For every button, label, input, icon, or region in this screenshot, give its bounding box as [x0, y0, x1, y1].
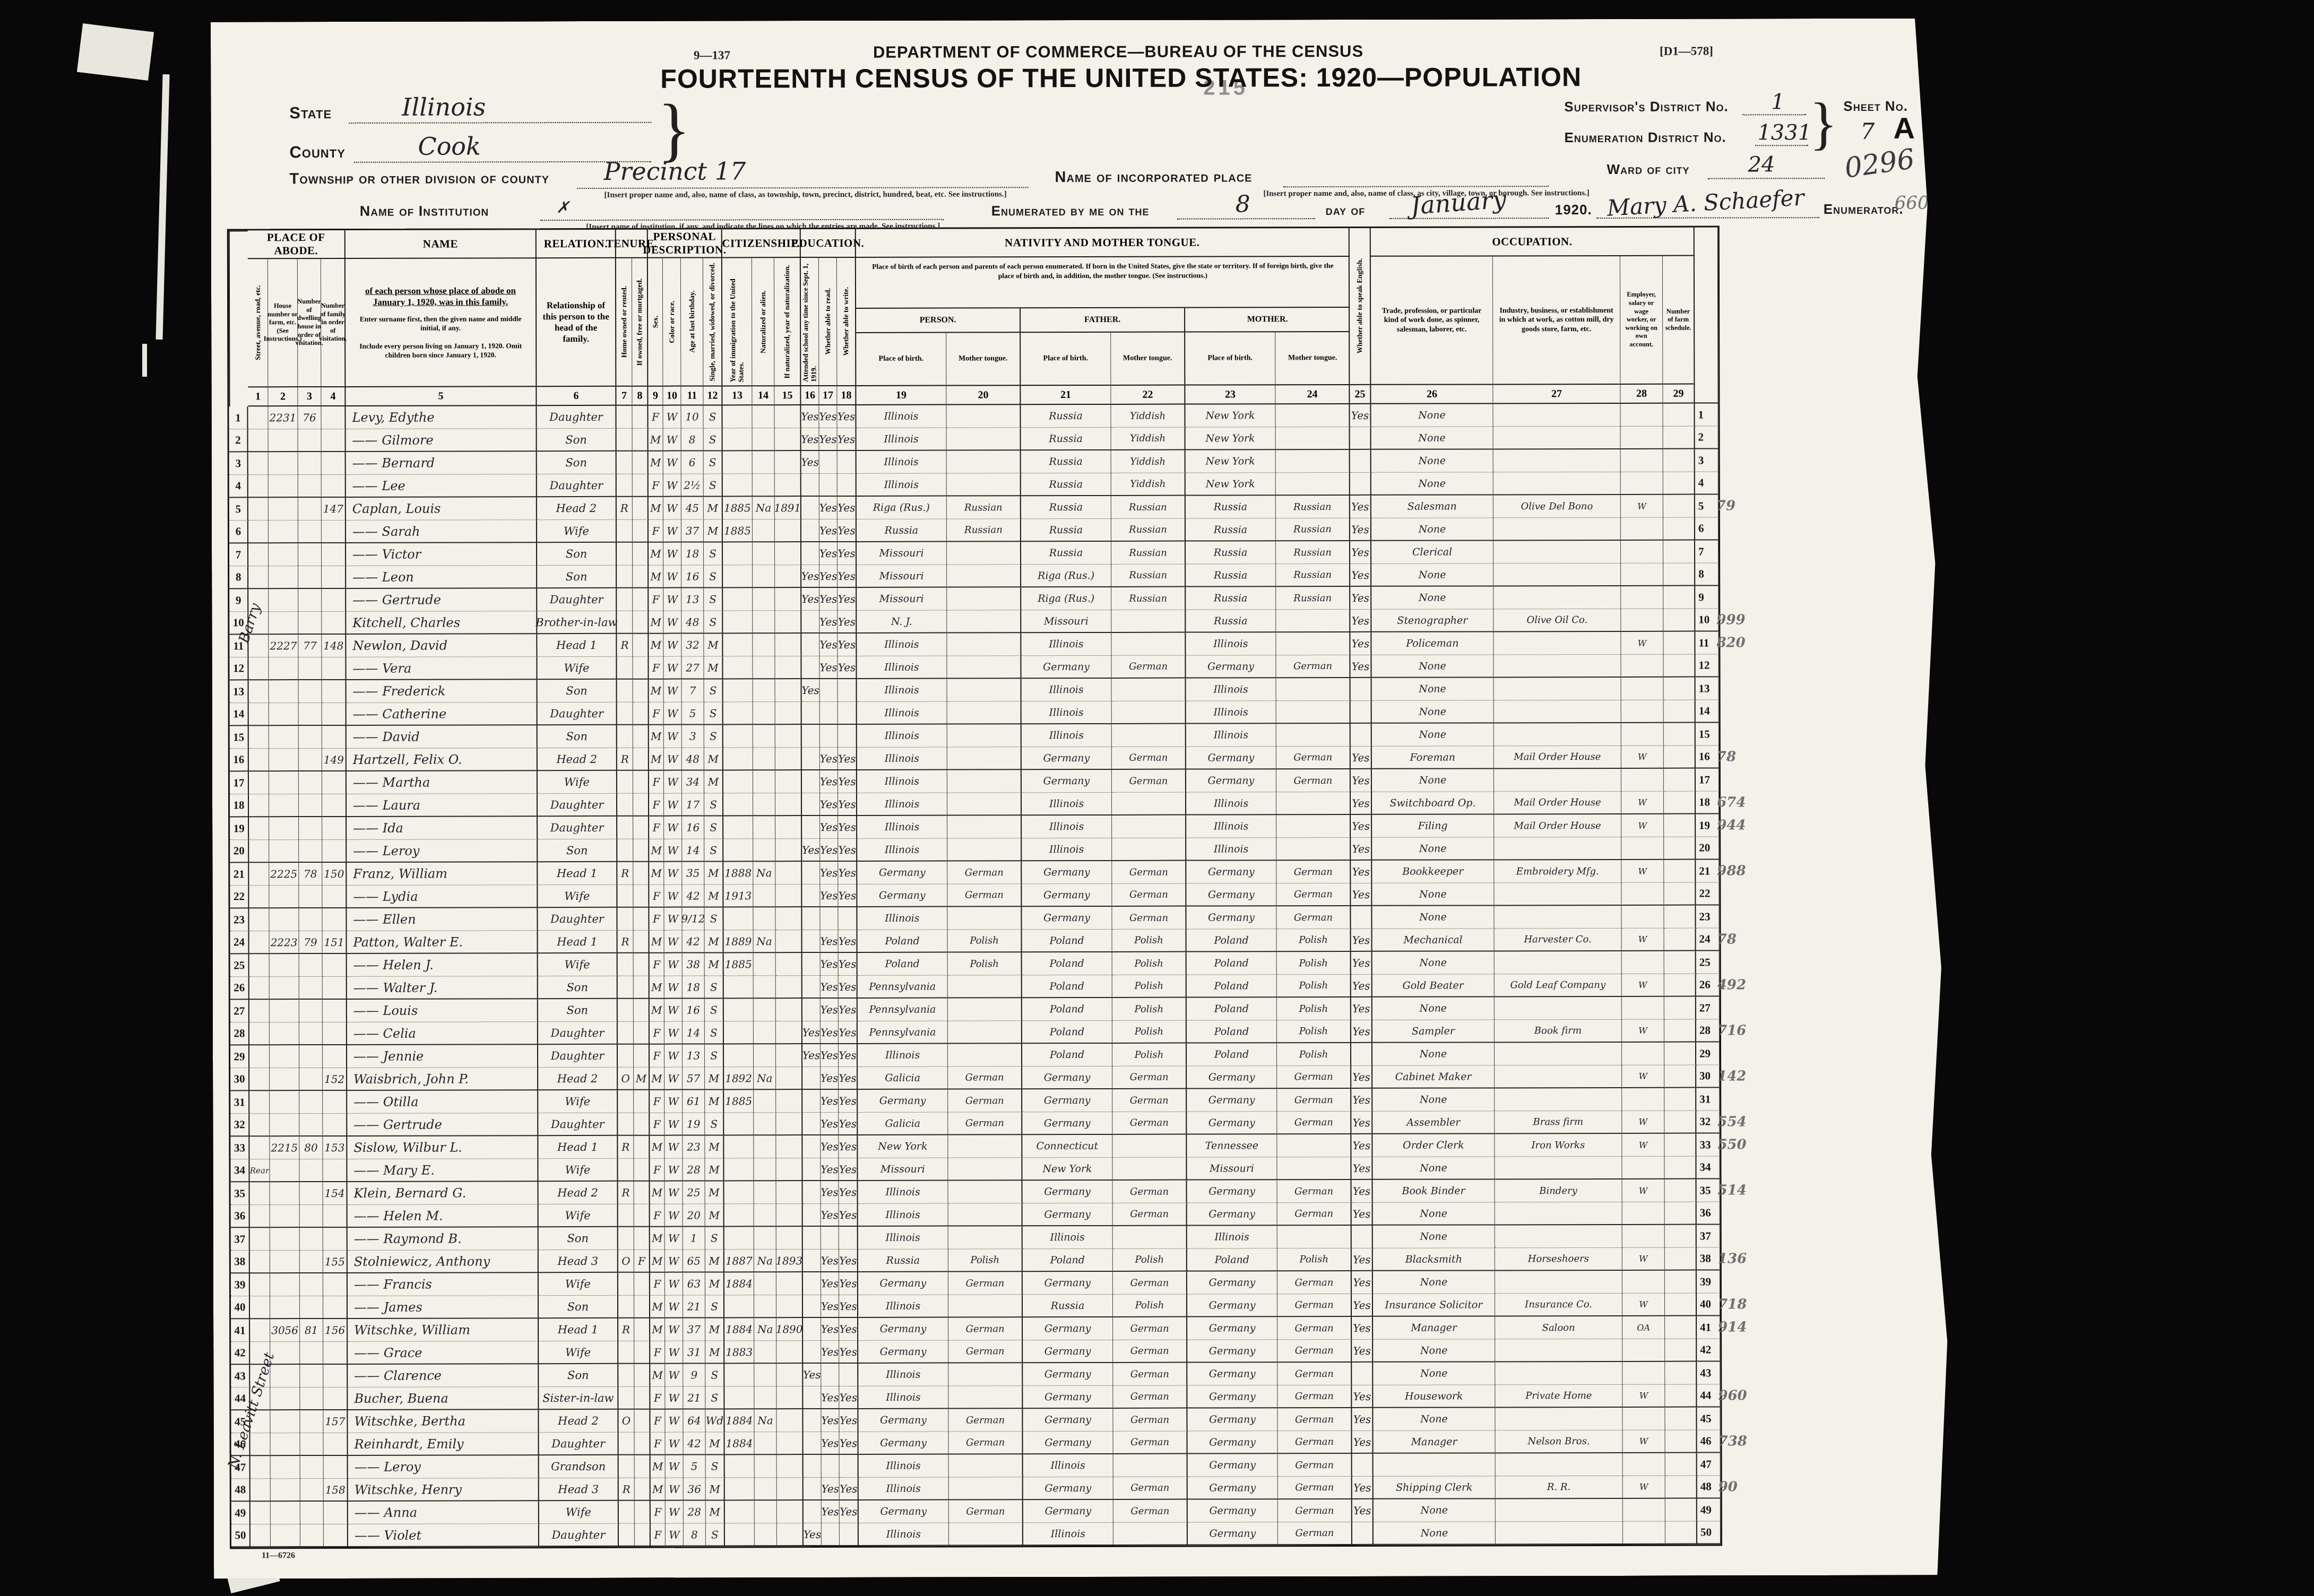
group-name: Name: [346, 230, 537, 259]
cell-house: [270, 1387, 300, 1410]
cell-mother_pob: Russia: [1186, 541, 1276, 564]
cell-naturalized: [753, 474, 775, 497]
cell-marital: M: [704, 497, 723, 519]
cell-occupation: None: [1372, 700, 1494, 723]
line-number: 15: [230, 726, 249, 749]
cell-home_owned: [618, 1045, 634, 1068]
cell-read: Yes: [822, 1500, 840, 1523]
cell-marital: M: [704, 862, 723, 884]
cell-mother_pob: Germany: [1187, 1089, 1277, 1112]
cell-immigration_year: [723, 770, 753, 793]
cell-marital: S: [704, 474, 723, 497]
cell-father_mt: [1112, 838, 1186, 861]
cell-house: [269, 657, 298, 680]
cell-mother_mt: [1276, 815, 1351, 838]
cell-write: Yes: [839, 1250, 858, 1272]
cell-free_mortgaged: [634, 931, 650, 953]
film-scrap: [156, 74, 169, 340]
cell-occupation: None: [1373, 1225, 1495, 1248]
cell-attended_school: Yes: [801, 428, 819, 451]
cell-free_mortgaged: [633, 429, 649, 452]
nativity-col-label: Mother tongue.: [1111, 333, 1185, 385]
cell-dwelling: [300, 1456, 324, 1479]
cell-industry: [1494, 678, 1621, 701]
cell-free_mortgaged: [634, 1296, 650, 1319]
cell-read: Yes: [820, 748, 838, 770]
cell-write: Yes: [839, 1318, 858, 1341]
cell-dwelling: 77: [298, 635, 322, 657]
line-number: 7: [1695, 541, 1719, 563]
cell-relation: Wife: [539, 1204, 618, 1227]
cell-industry: [1493, 632, 1621, 655]
cell-farm_schedule: [1663, 449, 1695, 472]
cell-mother_tongue: [947, 816, 1022, 838]
column-number: 21: [1021, 385, 1111, 405]
cell-dwelling: 81: [300, 1319, 323, 1342]
cell-father_mt: German: [1113, 1500, 1188, 1523]
cell-english: Yes: [1351, 815, 1372, 838]
cell-home_owned: [617, 908, 633, 931]
cell-sex: M: [650, 1250, 665, 1273]
cell-home_owned: [617, 588, 633, 611]
cell-free_mortgaged: [634, 953, 650, 976]
cell-dwelling: [299, 1068, 323, 1091]
cell-worker_class: W: [1622, 1179, 1665, 1202]
column-number: 15: [774, 385, 801, 405]
cell-family: [322, 543, 346, 566]
cell-read: [820, 679, 838, 702]
cell-read: Yes: [821, 1158, 839, 1181]
cell-pob: Germany: [857, 884, 947, 907]
cell-house: [269, 817, 299, 840]
line-number: 49: [231, 1502, 251, 1524]
cell-name: Patton, Walter E.: [347, 931, 538, 954]
cell-free_mortgaged: [633, 474, 649, 497]
cell-father_pob: Russia: [1021, 405, 1111, 428]
cell-pob: Illinois: [858, 1044, 948, 1067]
cell-occupation: None: [1372, 883, 1494, 906]
cell-industry: [1494, 769, 1621, 792]
cell-marital: S: [704, 907, 723, 930]
sheet-value: 7: [1860, 118, 1875, 144]
cell-mother_pob: Germany: [1186, 861, 1276, 883]
line-number: 22: [230, 886, 249, 908]
cell-attended_school: [803, 1409, 821, 1432]
cell-house: [271, 1456, 300, 1479]
cell-house: [271, 1479, 300, 1502]
cell-relation: Son: [538, 725, 617, 748]
cell-mother_tongue: [946, 405, 1021, 428]
cell-mother_mt: German: [1276, 769, 1351, 792]
cell-naturalization_year: [776, 1044, 802, 1067]
cell-attended_school: [802, 816, 820, 839]
cell-english: Yes: [1352, 1180, 1373, 1203]
nativity-sub-person: Person.: [856, 308, 1021, 333]
department-line: DEPARTMENT OF COMMERCE—BUREAU OF THE CEN…: [598, 41, 1638, 63]
cell-immigration_year: [723, 565, 753, 588]
cell-street: [248, 543, 269, 566]
cell-farm_schedule: [1663, 541, 1695, 563]
cell-mother_mt: German: [1277, 1294, 1352, 1317]
cell-attended_school: [802, 953, 821, 976]
cell-family: [322, 703, 347, 726]
cell-house: [270, 1251, 300, 1273]
cell-naturalized: [755, 1455, 777, 1478]
cell-industry: [1495, 1271, 1622, 1294]
cell-naturalization_year: [775, 793, 802, 816]
cell-pob: Galicia: [858, 1113, 948, 1135]
cell-attended_school: [803, 1204, 821, 1227]
line-number: 33550: [1696, 1133, 1720, 1156]
cell-free_mortgaged: [633, 794, 649, 817]
cell-worker_class: [1621, 449, 1663, 472]
cell-relation: Wife: [539, 1501, 619, 1524]
cell-father_pob: Germany: [1023, 1477, 1113, 1500]
cell-naturalization_year: [776, 953, 802, 976]
cell-father_mt: Russian: [1111, 519, 1186, 542]
cell-immigration_year: [723, 793, 753, 816]
cell-farm_schedule: [1663, 632, 1695, 655]
cell-naturalization_year: [776, 1090, 802, 1113]
cell-mother_mt: German: [1277, 1408, 1352, 1431]
cell-father_pob: Illinois: [1023, 1454, 1113, 1477]
cell-home_owned: [618, 976, 634, 999]
cell-marital: M: [706, 1432, 725, 1455]
cell-free_mortgaged: [634, 1182, 650, 1204]
cell-age: 16: [682, 817, 704, 839]
cell-sex: F: [650, 1273, 665, 1296]
cell-house: [271, 1524, 300, 1547]
cell-dwelling: 78: [299, 863, 322, 886]
cell-age: 13: [681, 588, 704, 611]
line-number-header: [229, 230, 248, 406]
cell-house: [270, 1045, 299, 1068]
cell-mother_mt: [1276, 473, 1350, 496]
cell-race: W: [664, 908, 682, 931]
cell-family: [323, 1159, 347, 1182]
cell-free_mortgaged: [633, 611, 649, 634]
cell-name: Waisbrich, John P.: [347, 1068, 538, 1091]
cell-race: W: [664, 953, 683, 976]
cell-read: Yes: [820, 884, 838, 907]
cell-sex: F: [650, 1045, 664, 1068]
cell-pob: Illinois: [857, 656, 947, 679]
cell-worker_class: [1621, 609, 1663, 632]
cell-marital: S: [706, 1523, 725, 1546]
cell-marital: S: [704, 793, 723, 816]
cell-race: W: [664, 748, 682, 771]
cell-sex: F: [651, 1524, 666, 1547]
cell-dwelling: [300, 1251, 323, 1273]
cell-marital: S: [704, 725, 723, 748]
cell-marital: S: [706, 1455, 725, 1478]
cell-race: W: [665, 1364, 683, 1387]
cell-pob: Illinois: [858, 1181, 948, 1204]
cell-read: [821, 1364, 839, 1386]
cell-father_pob: Illinois: [1022, 793, 1112, 816]
cell-marital: S: [705, 1386, 724, 1409]
cell-dwelling: 76: [298, 406, 321, 429]
cell-read: Yes: [819, 634, 837, 656]
column-number: 16: [801, 385, 819, 405]
column-number: 24: [1275, 384, 1350, 404]
cell-dwelling: [299, 817, 322, 840]
cell-naturalized: [755, 1500, 777, 1523]
cell-write: Yes: [837, 405, 856, 428]
cell-age: 10: [681, 406, 703, 429]
cell-naturalization_year: [775, 474, 801, 497]
cell-naturalized: [754, 953, 776, 976]
cell-occupation: None: [1374, 1522, 1496, 1545]
cell-street: [248, 498, 269, 521]
group-education: Education.: [801, 229, 856, 258]
cell-relation: Grandson: [539, 1455, 619, 1478]
cell-farm_schedule: [1665, 1408, 1697, 1430]
cell-name: —— James: [348, 1296, 539, 1319]
cell-worker_class: [1622, 997, 1664, 1020]
line-number: 8: [1695, 563, 1719, 586]
cell-relation: Son: [538, 999, 618, 1022]
cell-mother_tongue: [947, 633, 1021, 656]
line-number: 10999: [1695, 609, 1719, 632]
cell-naturalization_year: [776, 930, 802, 953]
cell-father_pob: Russia: [1021, 542, 1111, 565]
cell-sex: F: [650, 1341, 665, 1364]
cell-attended_school: Yes: [801, 565, 819, 588]
cell-industry: Embroidery Mfg.: [1494, 860, 1621, 883]
cell-english: Yes: [1351, 1157, 1372, 1180]
cell-family: [323, 1296, 348, 1319]
line-number: 2: [229, 429, 248, 452]
cell-naturalized: [754, 1386, 776, 1409]
cell-immigration_year: [725, 1500, 755, 1523]
cell-read: Yes: [820, 793, 838, 816]
cell-dwelling: [300, 1387, 323, 1410]
cell-mother_mt: German: [1278, 1522, 1352, 1545]
cell-race: W: [663, 634, 681, 657]
cell-name: —— Lee: [346, 474, 537, 498]
cell-pob: Illinois: [857, 679, 947, 702]
column-number: 10: [663, 386, 681, 406]
cell-relation: Head 2: [538, 748, 617, 771]
cell-home_owned: R: [619, 1478, 635, 1501]
cell-mother_mt: [1276, 792, 1351, 815]
cell-farm_schedule: [1664, 929, 1696, 951]
enumerated-month: January: [1410, 185, 1507, 220]
cell-sex: M: [649, 862, 664, 885]
census-table: Place of Abode.NameRelation.Tenure.Perso…: [227, 225, 1722, 1549]
cell-dwelling: [299, 1159, 323, 1182]
cell-street: [248, 475, 269, 498]
cell-home_owned: [617, 474, 633, 497]
cell-race: W: [666, 1524, 684, 1547]
cell-father_mt: Polish: [1112, 1021, 1187, 1044]
cell-race: W: [664, 1113, 683, 1136]
cell-farm_schedule: [1664, 951, 1696, 974]
cell-mother_mt: [1276, 632, 1350, 655]
line-number: 6: [1695, 518, 1719, 541]
line-number: 19944: [1696, 814, 1719, 837]
line-number: 25: [1696, 951, 1720, 974]
cell-read: Yes: [821, 999, 839, 1021]
cell-occupation: Clerical: [1371, 541, 1493, 563]
cell-father_mt: Russian: [1111, 587, 1186, 610]
cell-mother_pob: Germany: [1188, 1522, 1278, 1545]
cell-worker_class: W: [1622, 929, 1664, 951]
cell-immigration_year: 1889: [724, 930, 754, 953]
cell-mother_mt: German: [1276, 655, 1350, 678]
cell-marital: S: [704, 702, 723, 725]
cell-worker_class: [1621, 700, 1664, 723]
cell-attended_school: Yes: [801, 405, 819, 428]
cell-immigration_year: 1884: [724, 1272, 754, 1295]
cell-street: [250, 1182, 270, 1205]
cell-mother_pob: Poland: [1187, 1020, 1277, 1043]
cell-relation: Wife: [537, 520, 617, 543]
cell-father_pob: Germany: [1023, 1317, 1113, 1340]
cell-write: Yes: [839, 953, 858, 976]
cell-farm_schedule: [1664, 1043, 1696, 1065]
cell-dwelling: [299, 680, 322, 703]
cell-pob: N. J.: [857, 611, 947, 634]
cell-mother_mt: [1275, 404, 1350, 427]
cell-sex: F: [649, 771, 664, 794]
cell-attended_school: [802, 999, 821, 1021]
cell-name: —— Victor: [346, 543, 537, 566]
cell-industry: Mail Order House: [1494, 746, 1621, 769]
cell-industry: Olive Oil Co.: [1493, 609, 1621, 632]
cell-free_mortgaged: [633, 680, 649, 702]
cell-mother_pob: Illinois: [1187, 1226, 1277, 1248]
cell-relation: Daughter: [539, 1433, 619, 1455]
column-number: 4: [321, 386, 346, 406]
cell-naturalized: Na: [754, 1318, 776, 1341]
cell-english: Yes: [1350, 632, 1371, 655]
cell-street: [249, 703, 269, 726]
cell-marital: M: [704, 519, 723, 542]
cell-industry: [1493, 518, 1621, 541]
cell-mother_pob: Germany: [1187, 1203, 1277, 1226]
cell-naturalization_year: [774, 405, 801, 428]
line-number: 38136: [1697, 1247, 1720, 1270]
cell-mother_tongue: Polish: [948, 1249, 1023, 1272]
cell-industry: Mail Order House: [1494, 814, 1621, 838]
pencil-margin-number: 78: [1717, 749, 1736, 765]
cell-father_mt: [1112, 1158, 1187, 1181]
cell-naturalization_year: [775, 565, 801, 588]
cell-name: —— Louis: [347, 999, 538, 1022]
cell-street: [249, 794, 269, 817]
cell-free_mortgaged: [633, 839, 649, 862]
cell-father_mt: German: [1113, 1203, 1187, 1226]
cell-marital: M: [705, 1272, 724, 1295]
cell-naturalization_year: [776, 1067, 802, 1090]
cell-worker_class: W: [1621, 860, 1664, 883]
cell-house: [269, 429, 298, 452]
pencil-margin-number: 738: [1719, 1433, 1747, 1449]
cell-free_mortgaged: [633, 908, 649, 931]
cell-race: W: [664, 931, 683, 953]
cell-marital: S: [704, 451, 723, 474]
cell-farm_schedule: [1664, 974, 1696, 997]
cell-mother_tongue: Russian: [947, 519, 1021, 542]
cell-worker_class: [1621, 678, 1664, 700]
cell-age: 18: [683, 976, 705, 999]
cell-immigration_year: 1892: [724, 1067, 754, 1090]
cell-home_owned: R: [617, 497, 633, 520]
cell-write: Yes: [839, 930, 858, 953]
cell-race: W: [663, 611, 681, 634]
cell-mother_mt: German: [1276, 747, 1351, 769]
line-number: 21: [230, 863, 249, 886]
cell-worker_class: W: [1622, 1294, 1665, 1316]
cell-sex: F: [650, 1159, 664, 1182]
cell-naturalized: [754, 976, 776, 999]
cell-read: [820, 907, 838, 930]
line-number: 26: [230, 977, 249, 1000]
cell-immigration_year: [724, 1113, 754, 1135]
pencil-margin-number: 514: [1718, 1182, 1747, 1198]
cell-english: Yes: [1351, 883, 1372, 906]
township-label: Township or other division of county: [290, 170, 550, 188]
cell-mother_tongue: [948, 1044, 1022, 1066]
cell-name: Sislow, Wilbur L.: [347, 1136, 538, 1159]
cell-occupation: None: [1372, 723, 1494, 746]
cell-free_mortgaged: [634, 1204, 650, 1227]
cell-sex: M: [650, 999, 664, 1022]
cell-mother_pob: Germany: [1188, 1499, 1278, 1522]
cell-father_mt: German: [1113, 1409, 1187, 1432]
pencil-margin-number: 554: [1717, 1114, 1746, 1130]
cell-farm_schedule: [1665, 1522, 1697, 1545]
cell-worker_class: W: [1621, 495, 1663, 518]
cell-immigration_year: [724, 1135, 754, 1158]
cell-dwelling: [300, 1502, 324, 1524]
cell-home_owned: [618, 1090, 634, 1113]
cell-father_pob: Illinois: [1022, 724, 1112, 747]
cell-farm_schedule: [1665, 1476, 1697, 1499]
cell-relation: Head 2: [538, 1068, 618, 1090]
cell-home_owned: [618, 1364, 634, 1387]
cell-english: Yes: [1351, 861, 1372, 883]
enumerated-day-line: [1177, 218, 1315, 220]
cell-house: [269, 886, 299, 908]
cell-pob: Illinois: [857, 839, 947, 862]
cell-family: [321, 406, 346, 429]
cell-immigration_year: [723, 474, 753, 497]
cell-race: W: [665, 1227, 683, 1250]
cell-dwelling: [298, 498, 322, 521]
cell-read: [821, 1227, 839, 1250]
district-brace: }: [1809, 94, 1837, 152]
line-number: 36: [1697, 1202, 1720, 1225]
cell-mother_pob: Tennessee: [1187, 1134, 1277, 1157]
nativity-sub-mother: Mother.: [1185, 308, 1350, 333]
cell-street: [249, 1114, 270, 1137]
cell-house: [271, 1433, 300, 1456]
cell-naturalization_year: 1893: [776, 1250, 803, 1272]
cell-mother_tongue: [948, 1135, 1022, 1158]
cell-worker_class: W: [1621, 632, 1663, 655]
cell-industry: [1495, 1202, 1622, 1226]
supervisor-line: [1742, 114, 1806, 115]
cell-pob: Illinois: [857, 770, 947, 793]
pencil-margin-number: 944: [1717, 817, 1746, 833]
header-brace: }: [658, 93, 690, 165]
cell-race: W: [666, 1455, 684, 1478]
pencil-margin-number: 718: [1718, 1296, 1747, 1312]
cell-mother_mt: [1277, 1134, 1351, 1157]
